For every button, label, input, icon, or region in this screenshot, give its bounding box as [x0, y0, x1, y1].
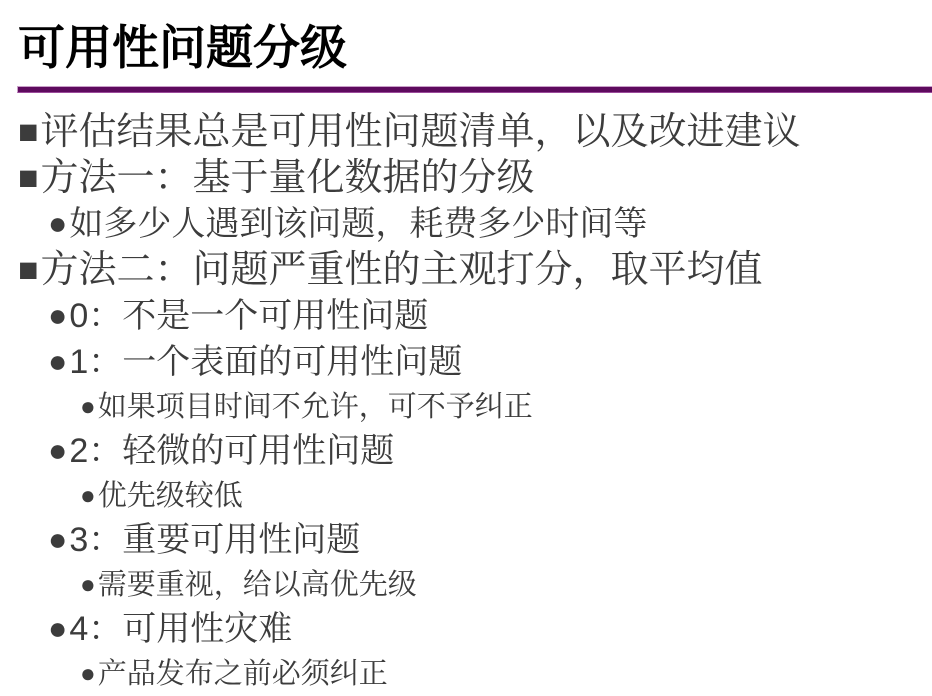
- presentation-slide: 可用性问题分级 ■评估结果总是可用性问题清单，以及改进建议■方法一：基于量化数据…: [0, 0, 932, 696]
- bullet-text: 方法一：基于量化数据的分级: [41, 157, 535, 199]
- bullet-item: ■评估结果总是可用性问题清单，以及改进建议: [0, 109, 932, 155]
- circle-bullet-icon: ●: [48, 606, 67, 651]
- bullet-item: ●4：可用性灾难: [0, 606, 932, 652]
- circle-bullet-icon: ●: [80, 563, 96, 605]
- square-bullet-icon: ■: [18, 247, 39, 293]
- bullet-item: ●0：不是一个可用性问题: [0, 293, 932, 339]
- bullet-item: ●如多少人遇到该问题，耗费多少时间等: [0, 201, 932, 247]
- circle-bullet-icon: ●: [48, 293, 67, 338]
- bullet-item: ●1：一个表面的可用性问题: [0, 339, 932, 385]
- bullet-text: 产品发布之前必须纠正: [98, 658, 388, 690]
- bullet-text: 3：重要可用性问题: [69, 521, 360, 559]
- bullet-item: ●产品发布之前必须纠正: [0, 652, 932, 695]
- circle-bullet-icon: ●: [48, 517, 67, 562]
- bullet-text: 优先级较低: [98, 480, 243, 512]
- circle-bullet-icon: ●: [80, 385, 96, 427]
- bullet-text: 如果项目时间不允许，可不予纠正: [98, 391, 533, 423]
- bullet-item: ●优先级较低: [0, 474, 932, 517]
- bullet-text: 1：一个表面的可用性问题: [69, 343, 462, 381]
- circle-bullet-icon: ●: [80, 474, 96, 516]
- bullet-item: ●如果项目时间不允许，可不予纠正: [0, 385, 932, 428]
- bullet-list: ■评估结果总是可用性问题清单，以及改进建议■方法一：基于量化数据的分级●如多少人…: [0, 109, 932, 695]
- bullet-text: 2：轻微的可用性问题: [69, 432, 394, 470]
- circle-bullet-icon: ●: [48, 201, 67, 246]
- circle-bullet-icon: ●: [48, 428, 67, 473]
- bullet-item: ●需要重视，给以高优先级: [0, 563, 932, 606]
- square-bullet-icon: ■: [18, 155, 39, 201]
- bullet-text: 0：不是一个可用性问题: [69, 297, 428, 335]
- bullet-text: 4：可用性灾难: [69, 610, 292, 648]
- bullet-item: ■方法一：基于量化数据的分级: [0, 155, 932, 201]
- square-bullet-icon: ■: [18, 109, 39, 155]
- bullet-text: 需要重视，给以高优先级: [98, 569, 417, 601]
- title-divider-line: [17, 86, 932, 93]
- bullet-text: 评估结果总是可用性问题清单，以及改进建议: [41, 111, 801, 153]
- bullet-item: ■方法二：问题严重性的主观打分，取平均值: [0, 247, 932, 293]
- circle-bullet-icon: ●: [80, 652, 96, 694]
- bullet-item: ●2：轻微的可用性问题: [0, 428, 932, 474]
- bullet-text: 如多少人遇到该问题，耗费多少时间等: [69, 205, 647, 243]
- slide-title: 可用性问题分级: [0, 0, 932, 76]
- bullet-text: 方法二：问题严重性的主观打分，取平均值: [41, 249, 763, 291]
- bullet-item: ●3：重要可用性问题: [0, 517, 932, 563]
- circle-bullet-icon: ●: [48, 339, 67, 384]
